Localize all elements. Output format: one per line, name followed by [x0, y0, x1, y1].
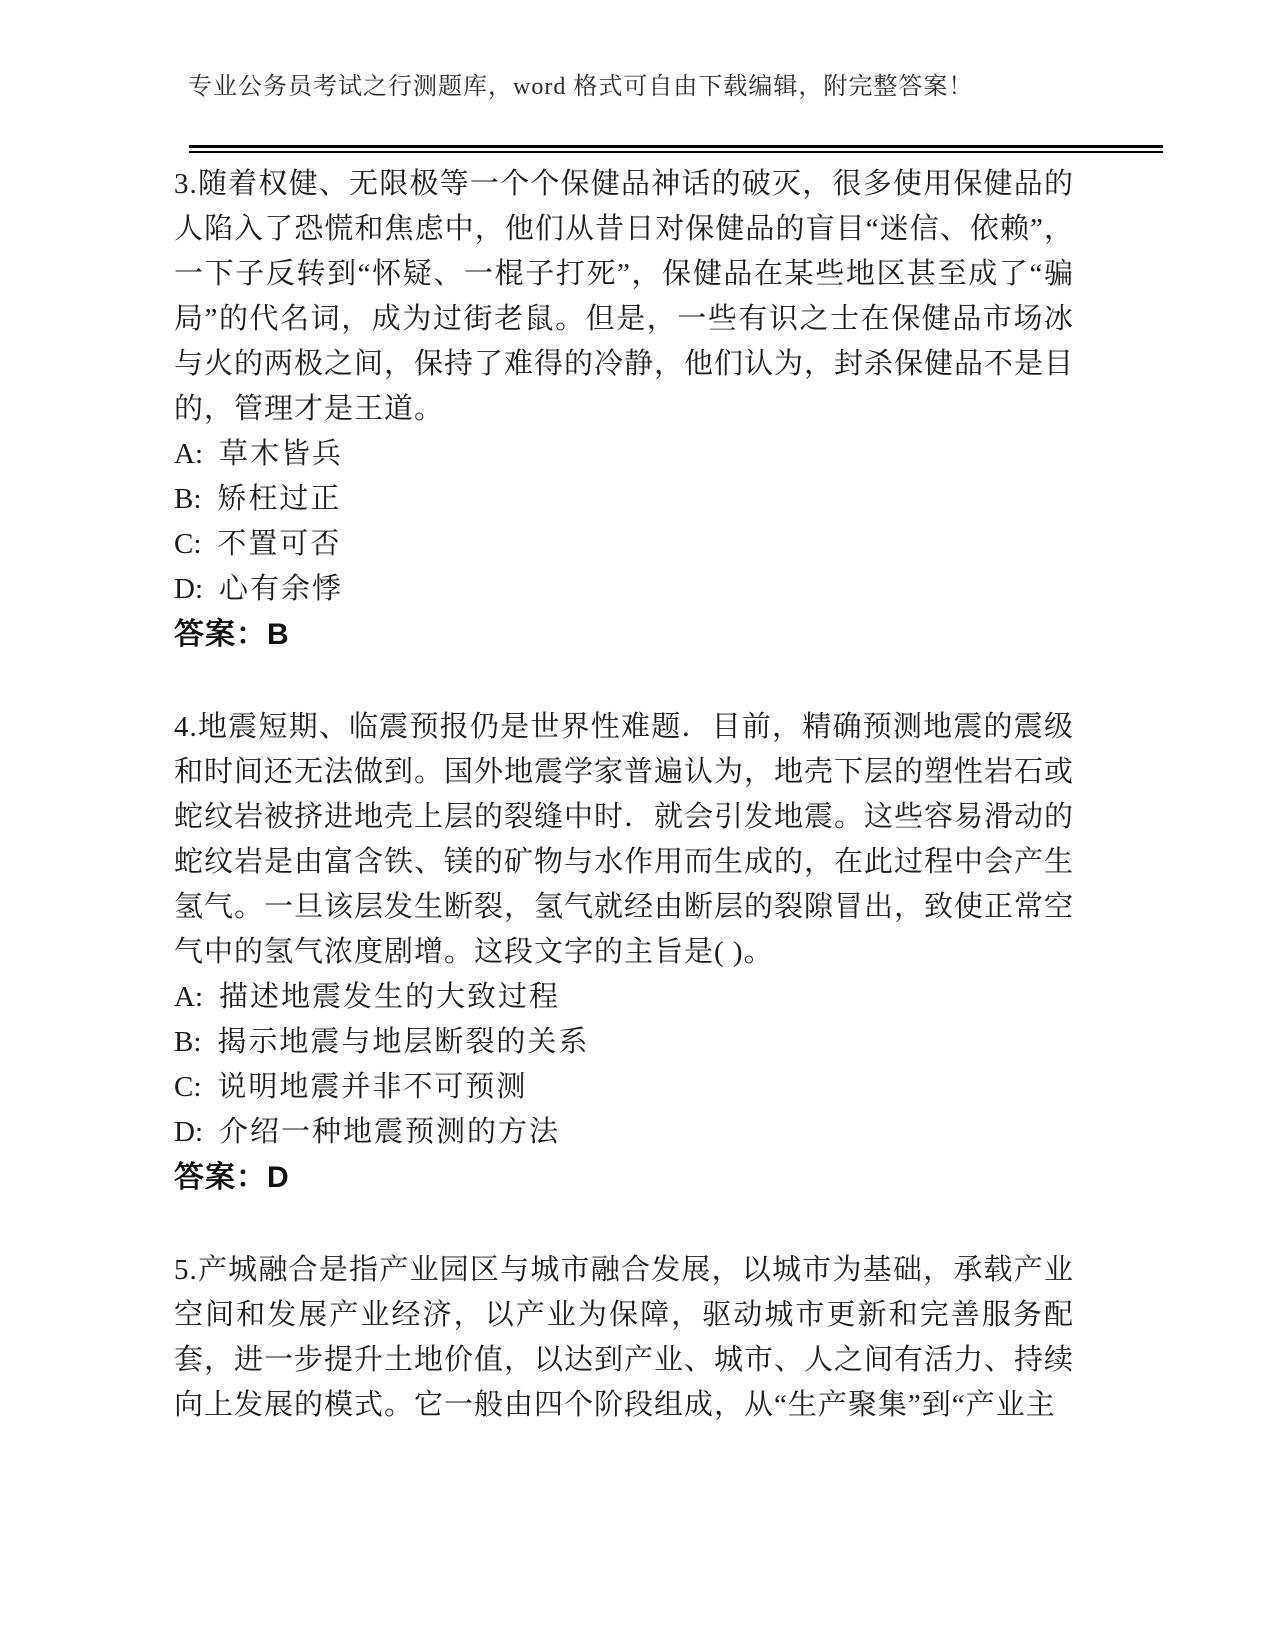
option-label: B:: [174, 1020, 201, 1065]
page-header-title: 专业公务员考试之行测题库，word 格式可自由下载编辑，附完整答案！: [188, 72, 1168, 102]
option-text: 描述地震发生的大致过程: [219, 981, 560, 1013]
document-page: 专业公务员考试之行测题库，word 格式可自由下载编辑，附完整答案！ 3.随着权…: [0, 0, 1275, 1650]
question-block: 3.随着权健、无限极等一个个保健品神话的破灭，很多使用保健品的人陷入了恐慌和焦虑…: [174, 162, 1074, 657]
option-line: A:描述地震发生的大致过程: [174, 975, 1074, 1020]
option-line: B:揭示地震与地层断裂的关系: [174, 1020, 1074, 1065]
question-text: 4.地震短期、临震预报仍是世界性难题．目前，精确预测地震的震级和时间还无法做到。…: [174, 705, 1074, 975]
option-text: 揭示地震与地层断裂的关系: [217, 1026, 589, 1058]
question-text: 5.产城融合是指产业园区与城市融合发展，以城市为基础，承载产业空间和发展产业经济…: [174, 1248, 1074, 1428]
question-text: 3.随着权健、无限极等一个个保健品神话的破灭，很多使用保健品的人陷入了恐慌和焦虑…: [174, 162, 1074, 432]
option-text: 说明地震并非不可预测: [217, 1071, 527, 1103]
option-label: A:: [174, 432, 203, 477]
options-list: A:草木皆兵 B:矫枉过正 C:不置可否 D:心有余悸: [174, 432, 1074, 612]
option-text: 介绍一种地震预测的方法: [219, 1116, 560, 1148]
option-line: C:说明地震并非不可预测: [174, 1065, 1074, 1110]
option-line: D:介绍一种地震预测的方法: [174, 1110, 1074, 1155]
questions-list: 3.随着权健、无限极等一个个保健品神话的破灭，很多使用保健品的人陷入了恐慌和焦虑…: [174, 162, 1074, 1428]
question-block: 4.地震短期、临震预报仍是世界性难题．目前，精确预测地震的震级和时间还无法做到。…: [174, 705, 1074, 1200]
option-label: D:: [174, 567, 203, 612]
document-body: 3.随着权健、无限极等一个个保健品神话的破灭，很多使用保健品的人陷入了恐慌和焦虑…: [174, 162, 1074, 1428]
option-label: A:: [174, 975, 203, 1020]
option-text: 草木皆兵: [219, 438, 343, 470]
option-label: C:: [174, 522, 201, 567]
question-block: 5.产城融合是指产业园区与城市融合发展，以城市为基础，承载产业空间和发展产业经济…: [174, 1248, 1074, 1428]
option-text: 矫枉过正: [217, 483, 341, 515]
option-line: B:矫枉过正: [174, 477, 1074, 522]
answer-line: 答案：B: [174, 612, 1074, 657]
header-divider-rule: [189, 145, 1163, 153]
answer-line: 答案：D: [174, 1155, 1074, 1200]
option-label: C:: [174, 1065, 201, 1110]
option-line: D:心有余悸: [174, 567, 1074, 612]
option-label: D:: [174, 1110, 203, 1155]
options-list: A:描述地震发生的大致过程 B:揭示地震与地层断裂的关系 C:说明地震并非不可预…: [174, 975, 1074, 1155]
option-label: B:: [174, 477, 201, 522]
option-line: A:草木皆兵: [174, 432, 1074, 477]
option-text: 不置可否: [217, 528, 341, 560]
option-line: C:不置可否: [174, 522, 1074, 567]
option-text: 心有余悸: [219, 573, 343, 605]
